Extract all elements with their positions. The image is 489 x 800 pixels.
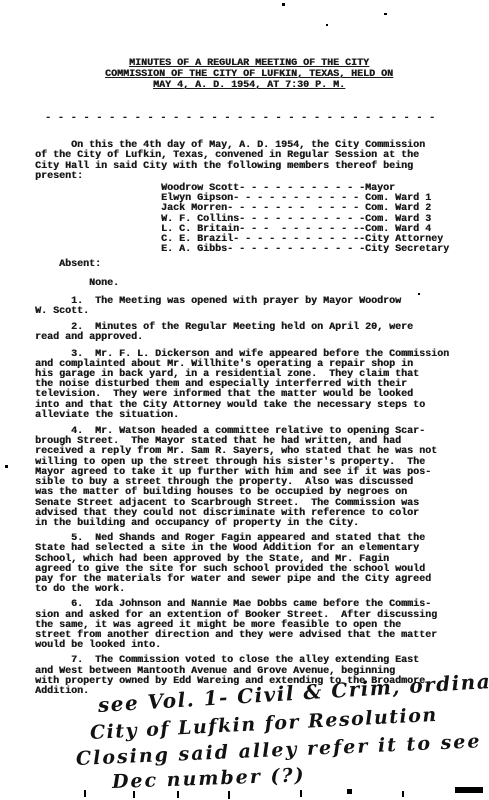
minutes-item-5: 5. Ned Shands and Roger Fagin appeared a…	[35, 534, 463, 595]
scan-artifact-tick	[228, 791, 230, 799]
scan-artifact-block	[455, 787, 483, 793]
minutes-item-3: 3. Mr. F. L. Dickerson and wife appeared…	[35, 350, 463, 421]
scan-artifact-dot	[384, 13, 387, 15]
scanned-minutes-page: MINUTES OF A REGULAR MEETING OF THE CITY…	[0, 0, 489, 800]
scan-artifact-tick	[133, 791, 135, 798]
scan-artifact-tick	[402, 791, 404, 797]
scan-artifact-tick	[177, 791, 179, 798]
members-roster: Woodrow Scott- - - - - - - - - - -Mayor …	[35, 184, 463, 255]
scan-artifact-dot	[418, 293, 420, 295]
intro-paragraph: On this the 4th day of May, A. D. 1954, …	[35, 141, 463, 182]
scan-artifact-dot	[282, 3, 285, 6]
minutes-item-1: 1. The Meeting was opened with prayer by…	[35, 297, 463, 317]
scan-artifact-tick	[84, 790, 86, 797]
scan-artifact-tick	[347, 789, 352, 794]
handwriting-note-line-4: Dec number (?)	[112, 764, 306, 793]
scan-artifact-dot	[326, 24, 328, 26]
minutes-item-6: 6. Ida Johnson and Nannie Mae Dobbs came…	[35, 600, 463, 651]
separator-dashes: - - - - - - - - - - - - - - - - - - - - …	[45, 114, 463, 124]
absent-label: Absent:	[35, 260, 463, 270]
scan-artifact-dot	[5, 465, 8, 468]
absent-value: None.	[35, 279, 463, 289]
document-title: MINUTES OF A REGULAR MEETING OF THE CITY…	[35, 58, 463, 91]
scan-artifact-tick	[300, 790, 302, 797]
minutes-item-4: 4. Mr. Watson headed a committee relativ…	[35, 427, 463, 529]
minutes-item-2: 2. Minutes of the Regular Meeting held o…	[35, 323, 463, 343]
